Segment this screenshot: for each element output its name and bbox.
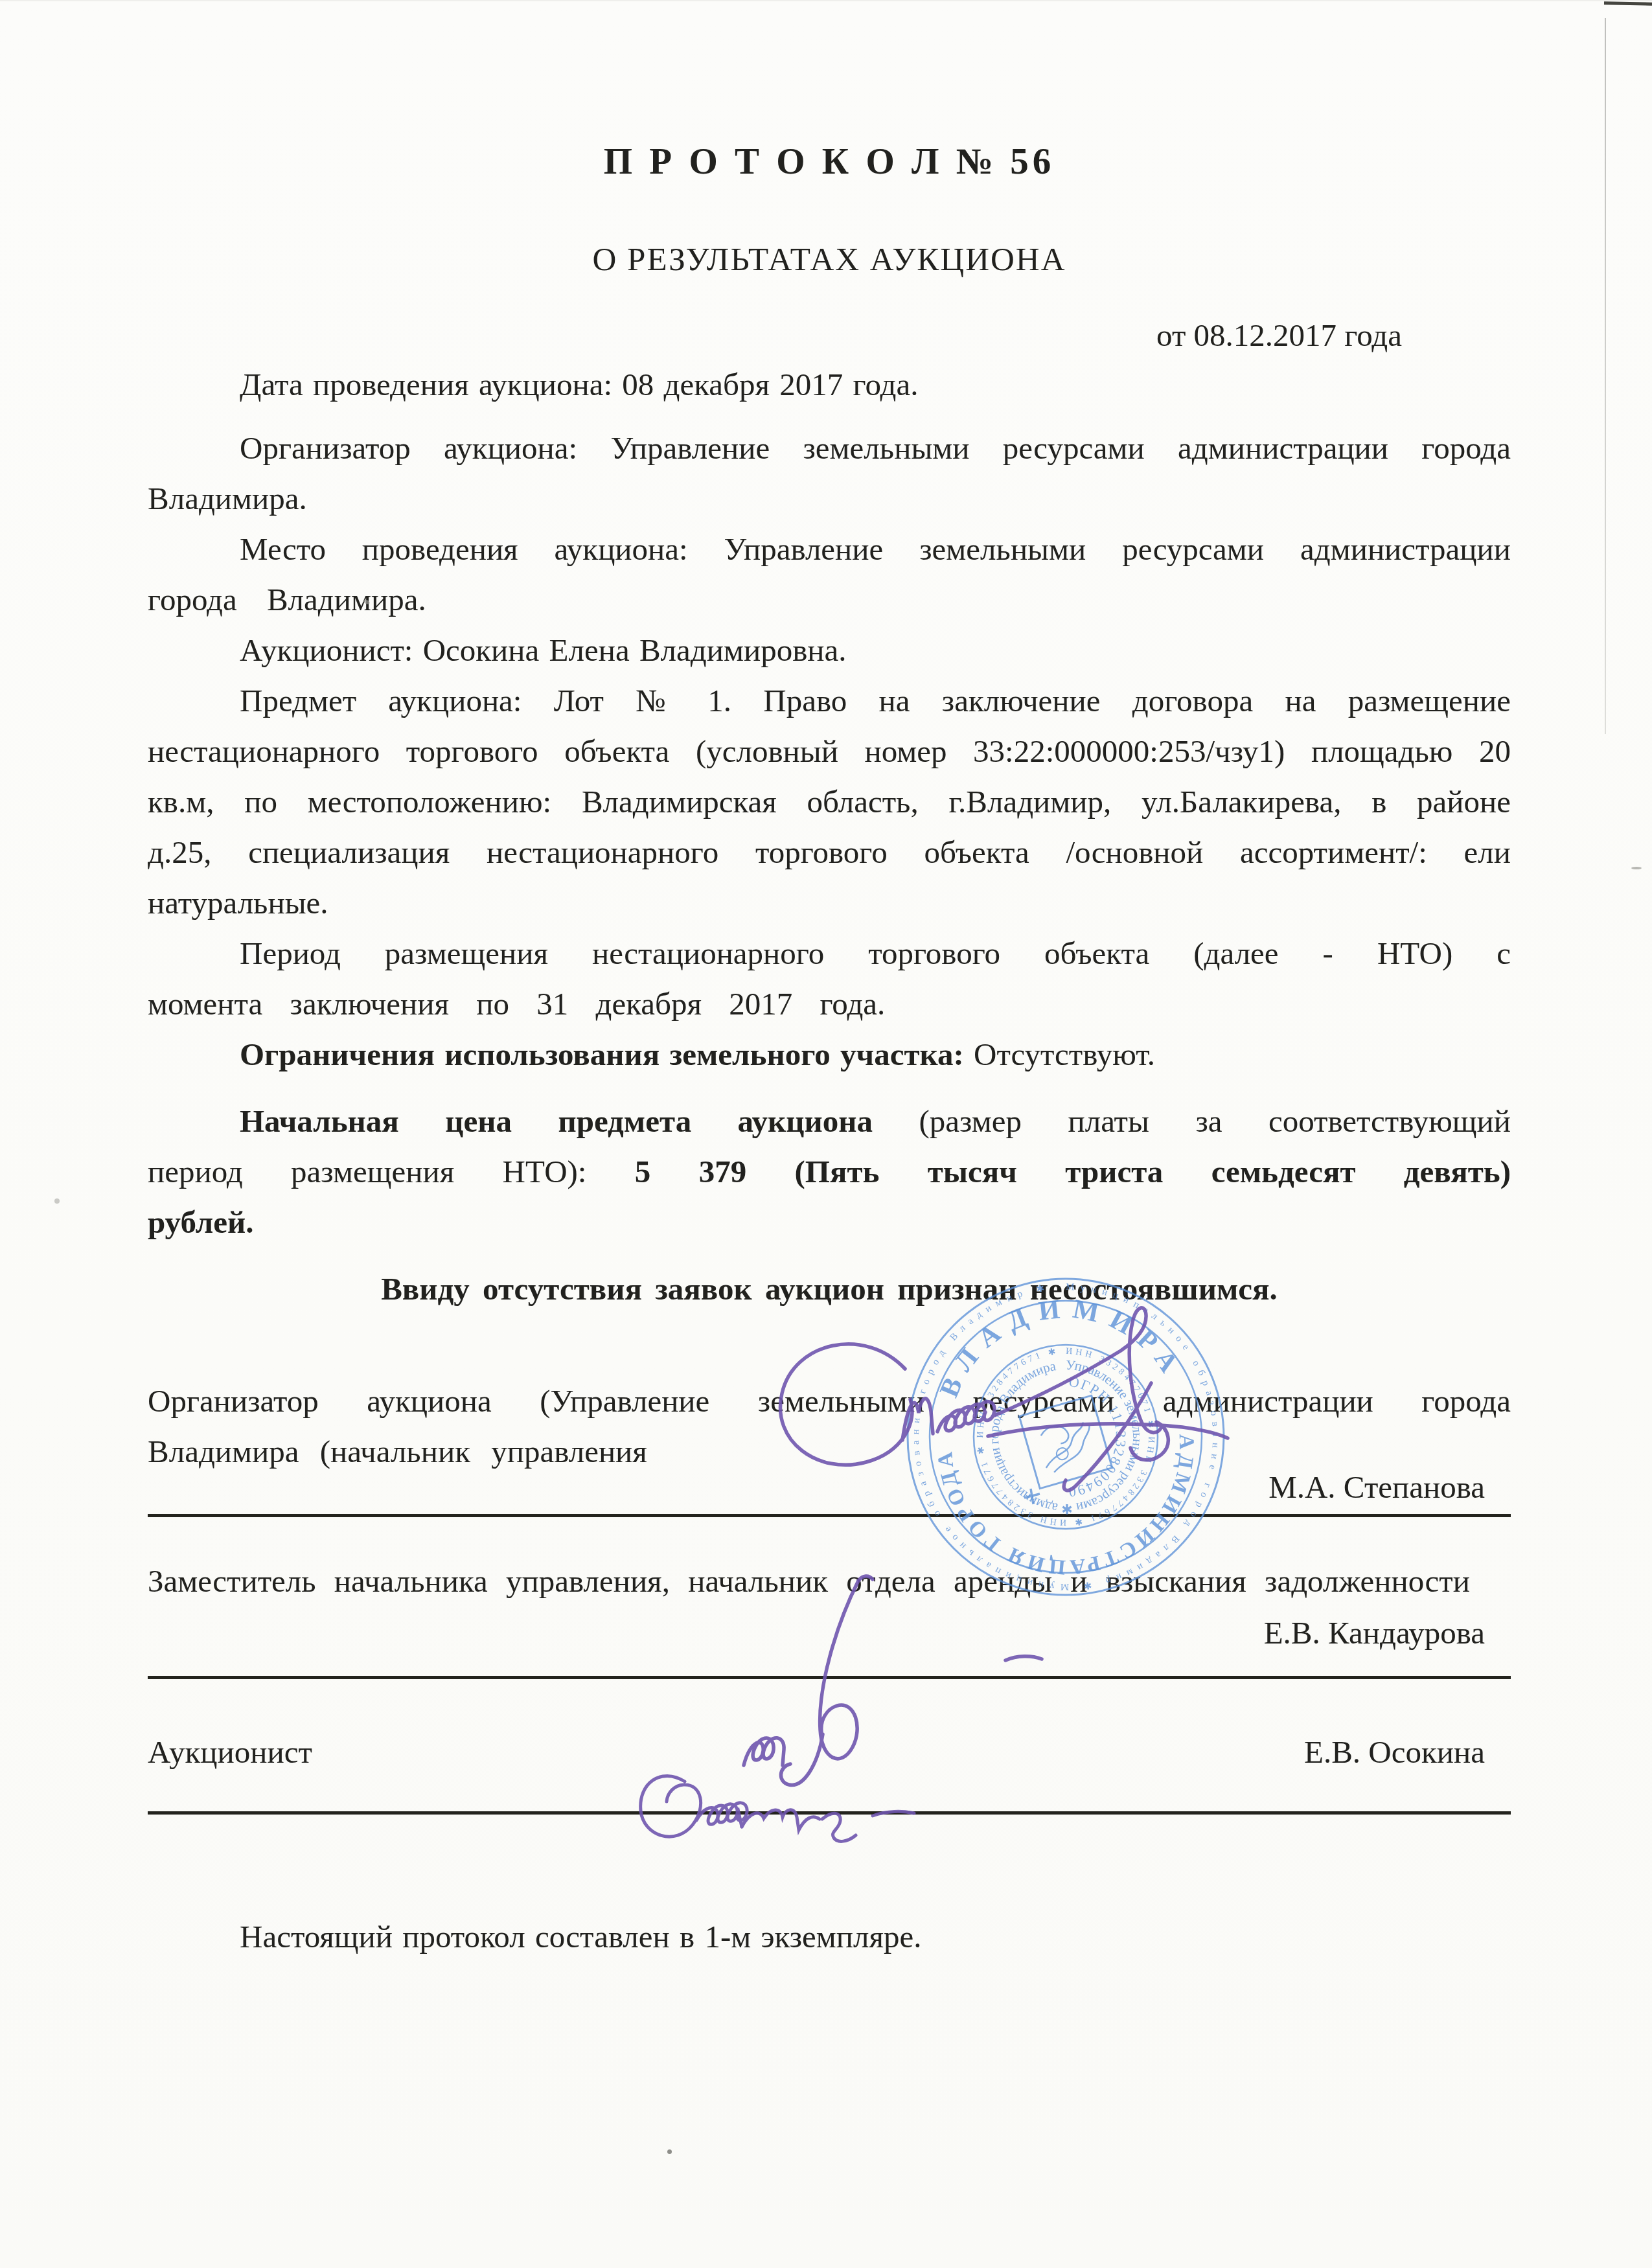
signatory-role-deputy: Заместитель начальника управления, начал…: [148, 1556, 1511, 1607]
paragraph-verdict: Ввиду отсутствия заявок аукцион признан …: [148, 1264, 1511, 1314]
scan-edge-right-line: [1605, 18, 1606, 734]
paragraph-start-price: Начальная цена предмета аукциона (размер…: [148, 1096, 1511, 1248]
scan-speck: [1631, 867, 1642, 869]
signatory-name-osokina: Е.В. Осокина: [1304, 1732, 1485, 1772]
restrictions-value: Отсутствуют.: [964, 1037, 1155, 1072]
signatory-name-kandaurova: Е.В. Кандаурова: [148, 1613, 1511, 1653]
document-title: П Р О Т О К О Л № 56: [148, 139, 1511, 185]
auctioneer-signature-row: Аукционист Е.В. Осокина: [148, 1732, 1511, 1772]
signatory-role-auctioneer: Аукционист: [148, 1732, 312, 1772]
signature-rule-2: [148, 1676, 1511, 1679]
price-label: Начальная цена предмета аукциона: [240, 1103, 873, 1139]
scan-speck: [667, 2149, 672, 2154]
paragraph-period: Период размещения нестационарного торгов…: [148, 928, 1511, 1029]
paragraph-auction-date: Дата проведения аукциона: 08 декабря 201…: [148, 360, 1511, 410]
paragraph-restrictions: Ограничения использования земельного уча…: [148, 1029, 1511, 1080]
paragraph-venue: Место проведения аукциона: Управление зе…: [148, 524, 1511, 625]
paragraph-subject: Предмет аукциона: Лот № 1. Право на закл…: [148, 676, 1511, 928]
paragraph-auctioneer: Аукционист: Осокина Елена Владимировна.: [148, 625, 1511, 676]
signature-rule-1: [148, 1514, 1511, 1517]
signature-rule-3: [148, 1811, 1511, 1815]
restrictions-label: Ограничения использования земельного уча…: [240, 1037, 964, 1072]
scan-edge-top: [0, 0, 1652, 1]
document-content: П Р О Т О К О Л № 56 О РЕЗУЛЬТАТАХ АУКЦИ…: [148, 0, 1511, 1962]
paragraph-organizer: Организатор аукциона: Управление земельн…: [148, 423, 1511, 524]
scan-speck: [54, 1198, 60, 1204]
document-date: от 08.12.2017 года: [148, 315, 1511, 356]
scan-edge-top-right-mark: [1604, 1, 1652, 5]
scanned-protocol-page: П Р О Т О К О Л № 56 О РЕЗУЛЬТАТАХ АУКЦИ…: [0, 0, 1652, 2268]
document-subtitle: О РЕЗУЛЬТАТАХ АУКЦИОНА: [148, 240, 1511, 280]
signatory-role-organizer: Организатор аукциона (Управление земельн…: [148, 1376, 1511, 1477]
paragraph-final-note: Настоящий протокол составлен в 1-м экзем…: [148, 1912, 1511, 1962]
